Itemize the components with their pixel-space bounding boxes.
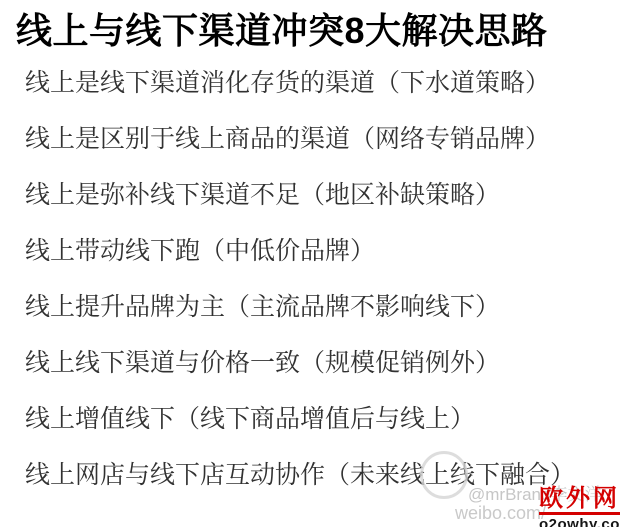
- list-item-text: 线上提升品牌为主（主流品牌不影响线下）: [25, 287, 500, 323]
- list-item: 线上提升品牌为主（主流品牌不影响线下）: [0, 277, 620, 333]
- page-title: 线上与线下渠道冲突8大解决思路: [16, 3, 548, 54]
- weibo-logo-circle-watermark: [420, 451, 468, 499]
- list-item-text: 线上是弥补线下渠道不足（地区补缺策略）: [25, 175, 500, 211]
- list-item: 线上带动线下跑（中低价品牌）: [0, 221, 620, 277]
- list-item-text: 线上是线下渠道消化存货的渠道（下水道策略）: [25, 63, 550, 99]
- list-item: 线上线下渠道与价格一致（规模促销例外）: [0, 333, 620, 389]
- site-badge-underline: [539, 512, 620, 515]
- list-item-text: 线上带动线下跑（中低价品牌）: [25, 231, 375, 267]
- list-item: 线上增值线下（线下商品增值后与线上）: [0, 389, 620, 445]
- site-badge: 欧外网 o2owhy.com: [539, 486, 620, 527]
- list-item: 线上是线下渠道消化存货的渠道（下水道策略）: [0, 53, 620, 109]
- list-item-text: 线上是区别于线上商品的渠道（网络专销品牌）: [25, 119, 550, 155]
- list-item-text: 线上线下渠道与价格一致（规模促销例外）: [25, 343, 500, 379]
- infographic-page: 线上与线下渠道冲突8大解决思路 线上是线下渠道消化存货的渠道（下水道策略）线上是…: [0, 0, 620, 527]
- list-item: 线上是区别于线上商品的渠道（网络专销品牌）: [0, 109, 620, 165]
- list-item-text: 线上增值线下（线下商品增值后与线上）: [25, 399, 475, 435]
- list-item: 线上是弥补线下渠道不足（地区补缺策略）: [0, 165, 620, 221]
- solution-list: 线上是线下渠道消化存货的渠道（下水道策略）线上是区别于线上商品的渠道（网络专销品…: [0, 53, 620, 501]
- site-badge-name: 欧外网: [539, 486, 620, 511]
- site-badge-url: o2owhy.com: [539, 516, 620, 527]
- weibo-url-watermark: weibo.com/: [455, 503, 546, 524]
